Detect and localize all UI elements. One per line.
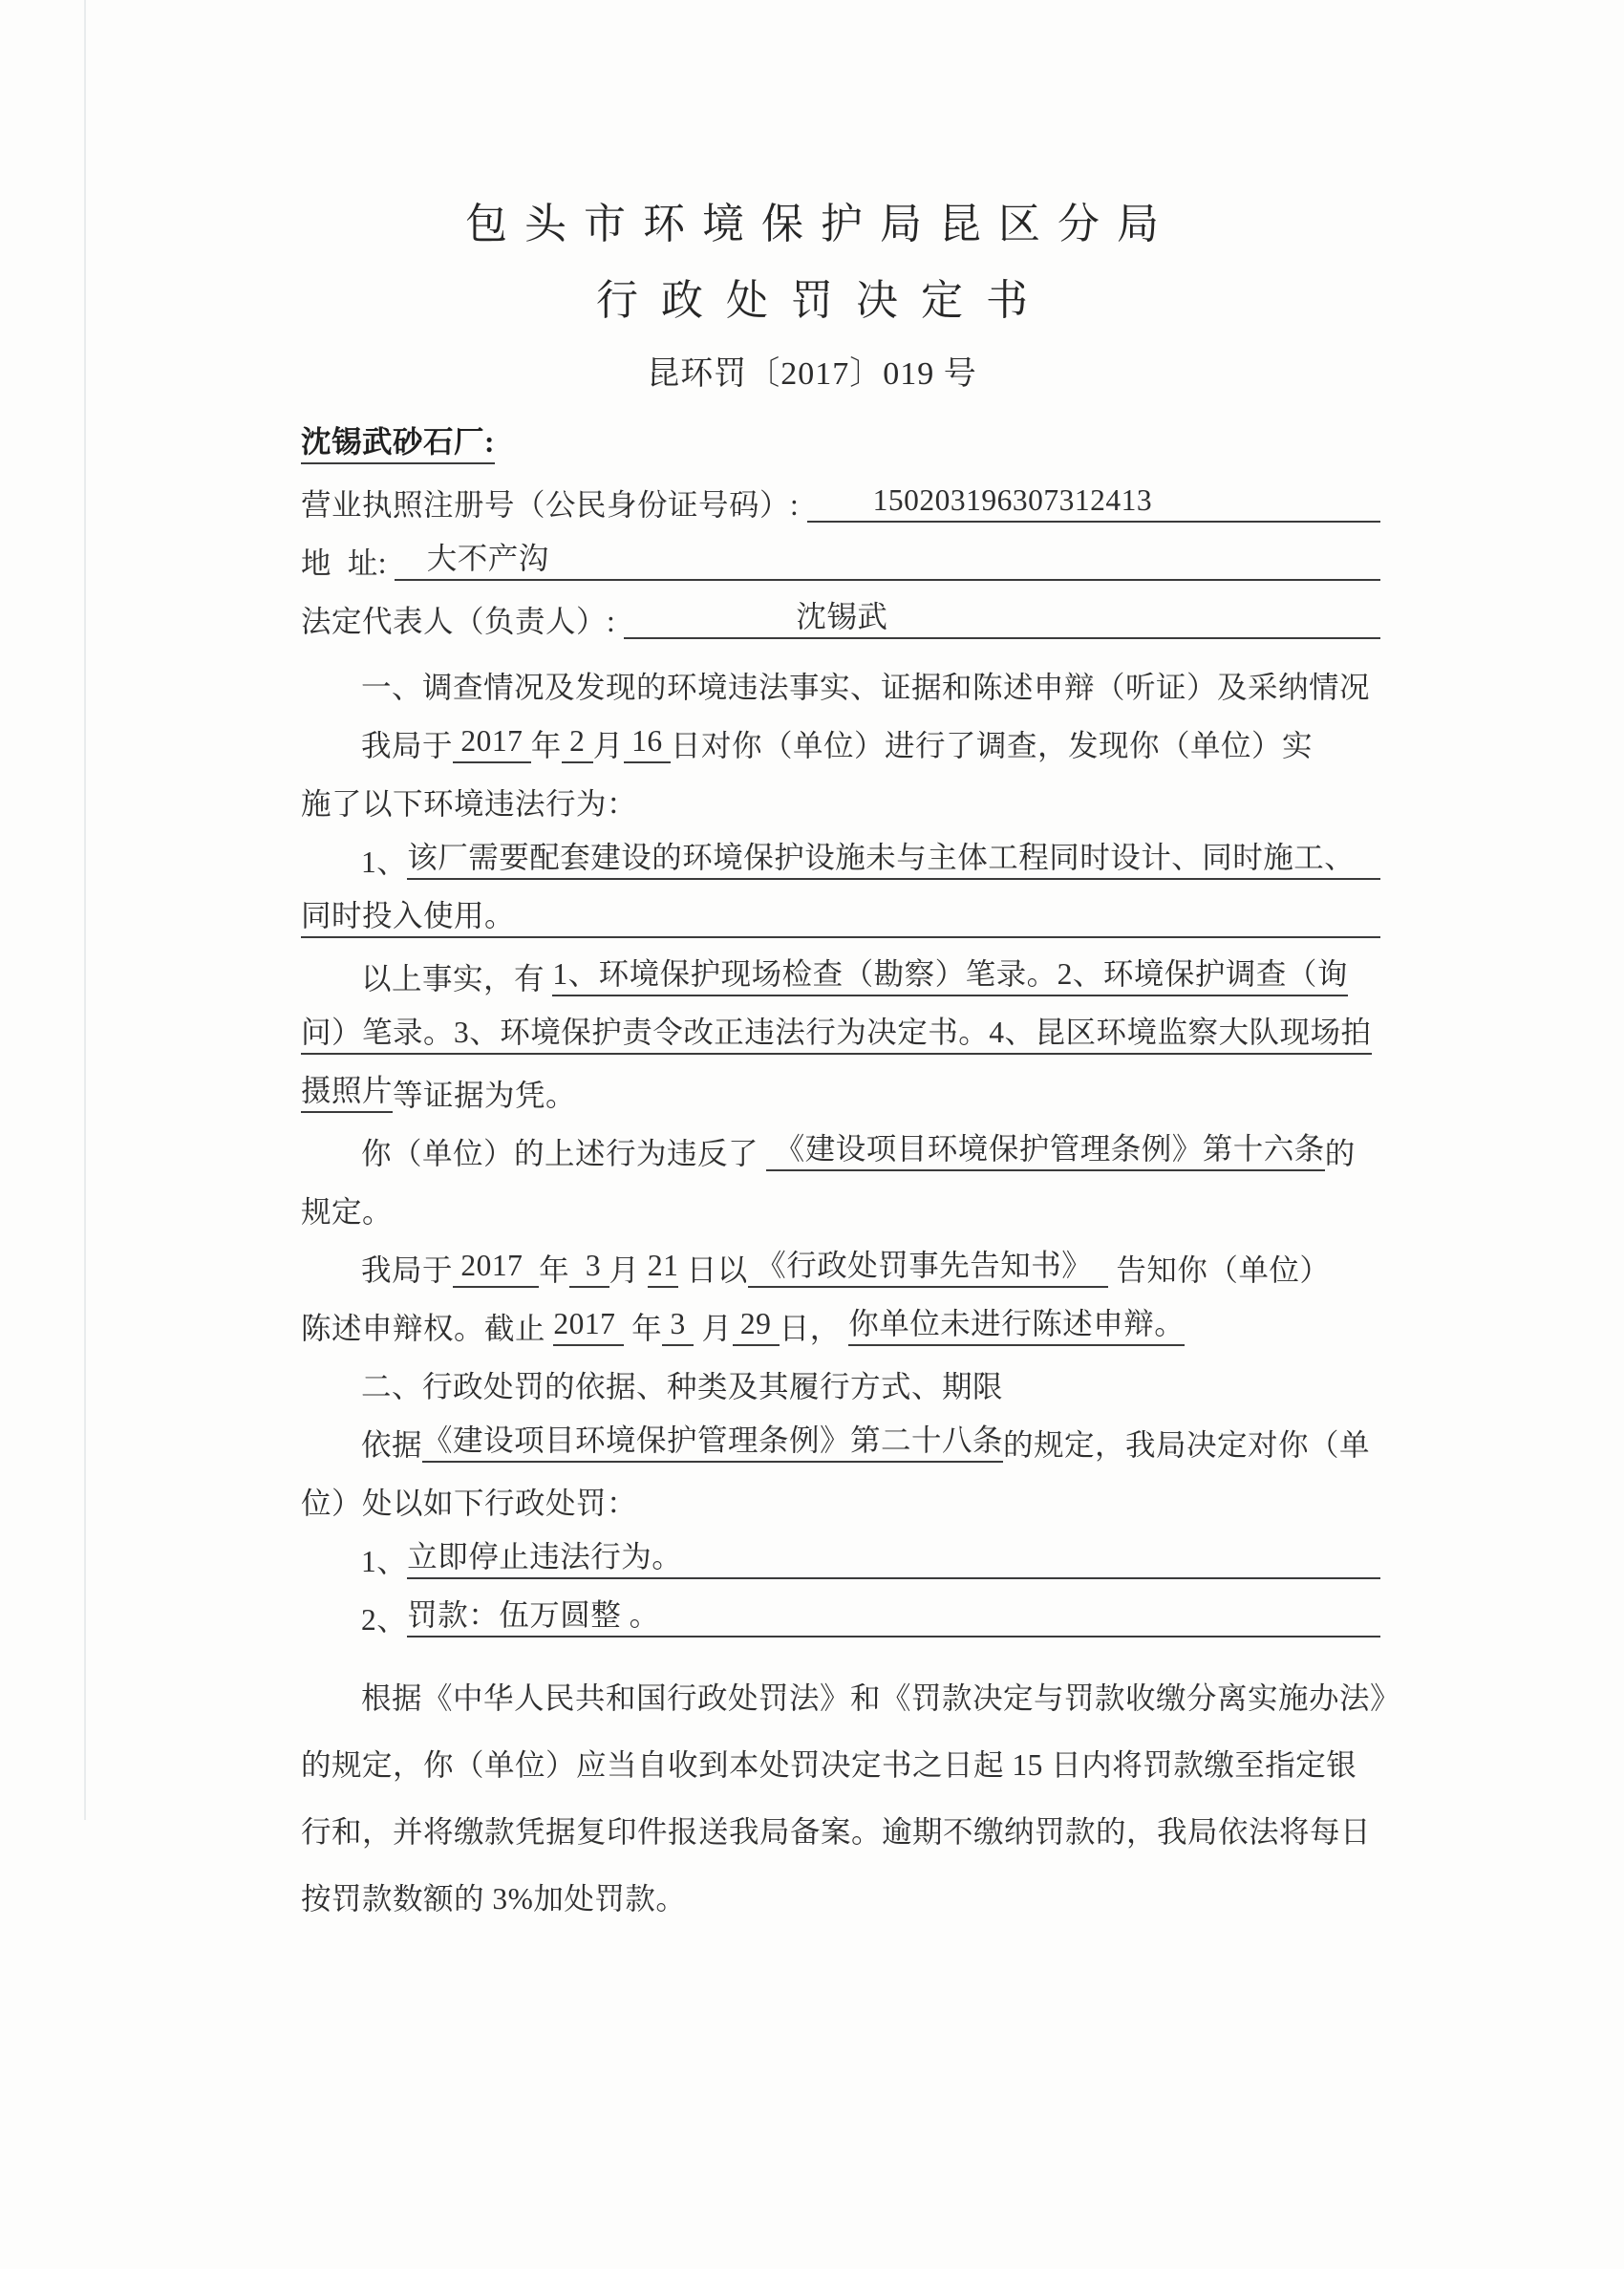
document-line: 一、调查情况及发现的环境违法事实、证据和陈述申辩（听证）及采纳情况 xyxy=(301,647,1380,705)
document-number: 昆环罚〔2017〕019 号 xyxy=(0,358,1624,391)
text-segment: 等证据为凭。 xyxy=(393,1079,576,1113)
document-line: 行和，并将缴款凭据复印件报送我局备案。逾期不缴纳罚款的，我局依法将每日 xyxy=(301,1783,1380,1850)
underlined-text: 2 xyxy=(562,724,593,763)
text-segment: 月 xyxy=(694,1312,732,1346)
text-segment: 行和，并将缴款凭据复印件报送我局备案。逾期不缴纳罚款的，我局依法将每日 xyxy=(301,1815,1371,1850)
text-segment: 营业执照注册号（公民身份证号码）: xyxy=(301,488,807,523)
underlined-text: 16 xyxy=(624,724,671,763)
document-title-agency: 包头市环境保护局昆区分局 xyxy=(0,203,1624,246)
blank-underline xyxy=(660,1633,1380,1638)
underlined-text: 3 xyxy=(662,1307,694,1346)
text-segment: 二、行政处罚的依据、种类及其履行方式、期限 xyxy=(361,1370,1003,1404)
underlined-text: 沈锡武砂石厂: xyxy=(301,425,495,464)
document-title-type: 行政处罚决定书 xyxy=(0,280,1624,322)
document-body: 沈锡武砂石厂:营业执照注册号（公民身份证号码）: 150203196307312… xyxy=(301,406,1380,1916)
filled-form-field: 沈锡武 xyxy=(624,600,1380,639)
document-line: 营业执照注册号（公民身份证号码）: 150203196307312413 xyxy=(301,464,1380,523)
document-line: 的规定，你（单位）应当自收到本处罚决定书之日起 15 日内将罚款缴至指定银 xyxy=(301,1716,1380,1783)
underlined-text: 该厂需要配套建设的环境保护设施未与主体工程同时设计、同时施工、 xyxy=(407,841,1355,880)
text-segment: 年 xyxy=(624,1312,662,1346)
document-line: 摄照片等证据为凭。 xyxy=(301,1055,1380,1113)
underlined-text: 1、环境保护现场检查（勘察）笔录。2、环境保护调查（询 xyxy=(552,957,1348,996)
text-segment: 规定。 xyxy=(301,1195,393,1230)
underlined-text: 问）笔录。3、环境保护责令改正违法行为决定书。4、昆区环境监察大队现场拍 xyxy=(301,1016,1372,1055)
blank-underline xyxy=(682,1574,1380,1579)
text-segment: 的 xyxy=(1325,1137,1356,1171)
text-segment: 日， xyxy=(780,1312,848,1346)
text-segment: 2、 xyxy=(361,1603,407,1638)
text-segment: 法定代表人（负责人）: xyxy=(301,605,624,639)
document-line: 同时投入使用。 xyxy=(301,880,1380,938)
filled-form-field: 大不产沟 xyxy=(395,542,1380,581)
text-segment: 我局于 xyxy=(361,729,453,763)
text-segment: 一、调查情况及发现的环境违法事实、证据和陈述申辩（听证）及采纳情况 xyxy=(361,671,1370,705)
text-segment: 日对你（单位）进行了调查，发现你（单位）实 xyxy=(671,729,1313,763)
blank-underline xyxy=(1355,875,1380,880)
document-line: 问）笔录。3、环境保护责令改正违法行为决定书。4、昆区环境监察大队现场拍 xyxy=(301,996,1380,1055)
text-segment: 按罚款数额的 3%加处罚款。 xyxy=(301,1882,686,1916)
document-line: 法定代表人（负责人）: 沈锡武 xyxy=(301,581,1380,639)
scan-artifact-line xyxy=(84,0,86,1820)
document-line: 陈述申辩权。截止 2017 年 3 月 29 日， 你单位未进行陈述申辩。 xyxy=(301,1288,1380,1346)
underlined-text: 2017 xyxy=(453,1249,539,1288)
text-segment: 日以 xyxy=(678,1253,747,1288)
text-segment: 以上事实，有 xyxy=(361,962,552,996)
document-line: 位）处以如下行政处罚： xyxy=(301,1463,1380,1521)
underlined-text: 21 xyxy=(648,1249,679,1288)
text-segment: 年 xyxy=(539,1253,569,1288)
underlined-text: 罚款：伍万圆整 。 xyxy=(407,1598,659,1638)
text-segment: 1、 xyxy=(361,846,407,880)
text-segment: 位）处以如下行政处罚： xyxy=(301,1487,637,1521)
scanned-document-page: 包头市环境保护局昆区分局 行政处罚决定书 昆环罚〔2017〕019 号 沈锡武砂… xyxy=(0,0,1624,2269)
document-line: 地 址: 大不产沟 xyxy=(301,523,1380,581)
document-line: 二、行政处罚的依据、种类及其履行方式、期限 xyxy=(301,1346,1380,1404)
underlined-text: 29 xyxy=(733,1307,780,1346)
text-segment: 月 xyxy=(593,729,624,763)
document-line: 沈锡武砂石厂: xyxy=(301,406,1380,464)
text-segment: 告知你（单位） xyxy=(1108,1253,1330,1288)
document-line: 施了以下环境违法行为： xyxy=(301,763,1380,822)
text-segment: 施了以下环境违法行为： xyxy=(301,787,637,822)
document-line: 根据《中华人民共和国行政处罚法》和《罚款决定与罚款收缴分离实施办法》 xyxy=(301,1649,1380,1716)
text-segment: 月 xyxy=(609,1253,648,1288)
underlined-text: 你单位未进行陈述申辩。 xyxy=(848,1307,1185,1346)
document-line: 我局于 2017 年 2 月 16 日对你（单位）进行了调查，发现你（单位）实 xyxy=(301,705,1380,763)
document-line: 你（单位）的上述行为违反了 《建设项目环境保护管理条例》第十六条的 xyxy=(301,1113,1380,1171)
document-line: 1、该厂需要配套建设的环境保护设施未与主体工程同时设计、同时施工、 xyxy=(301,822,1380,880)
blank-underline xyxy=(515,933,1380,938)
document-line: 规定。 xyxy=(301,1171,1380,1230)
document-line: 2、罚款：伍万圆整 。 xyxy=(301,1579,1380,1638)
underlined-text: 《行政处罚事先告知书》 xyxy=(748,1249,1108,1288)
underlined-text: 2017 xyxy=(553,1307,623,1346)
document-line: 我局于 2017 年 3 月 21 日以 《行政处罚事先告知书》 告知你（单位） xyxy=(301,1230,1380,1288)
underlined-text: 3 xyxy=(569,1249,609,1288)
filled-form-field: 150203196307312413 xyxy=(807,483,1380,523)
document-line: 依据《建设项目环境保护管理条例》第二十八条的规定，我局决定对你（单 xyxy=(301,1404,1380,1463)
document-line: 按罚款数额的 3%加处罚款。 xyxy=(301,1850,1380,1916)
document-line: 以上事实，有 1、环境保护现场检查（勘察）笔录。2、环境保护调查（询 xyxy=(301,938,1380,996)
text-segment: 陈述申辩权。截止 xyxy=(301,1312,553,1346)
document-line: 1、立即停止违法行为。 xyxy=(301,1521,1380,1579)
text-segment: 依据 xyxy=(361,1428,422,1463)
text-segment: 的规定，我局决定对你（单 xyxy=(1003,1428,1370,1463)
text-segment: 根据《中华人民共和国行政处罚法》和《罚款决定与罚款收缴分离实施办法》 xyxy=(361,1681,1400,1716)
text-segment: 地 址: xyxy=(301,546,395,581)
underlined-text: 摄照片 xyxy=(301,1074,393,1113)
underlined-text: 《建设项目环境保护管理条例》第二十八条 xyxy=(422,1423,1003,1463)
text-segment: 我局于 xyxy=(361,1253,453,1288)
underlined-text: 同时投入使用。 xyxy=(301,899,515,938)
text-segment: 1、 xyxy=(361,1545,407,1579)
underlined-text: 2017 xyxy=(453,724,531,763)
underlined-text: 立即停止违法行为。 xyxy=(407,1540,682,1579)
text-segment: 你（单位）的上述行为违反了 xyxy=(361,1137,766,1171)
underlined-text: 《建设项目环境保护管理条例》第十六条 xyxy=(766,1132,1324,1171)
text-segment: 的规定，你（单位）应当自收到本处罚决定书之日起 15 日内将罚款缴至指定银 xyxy=(301,1748,1357,1783)
text-segment: 年 xyxy=(531,729,562,763)
